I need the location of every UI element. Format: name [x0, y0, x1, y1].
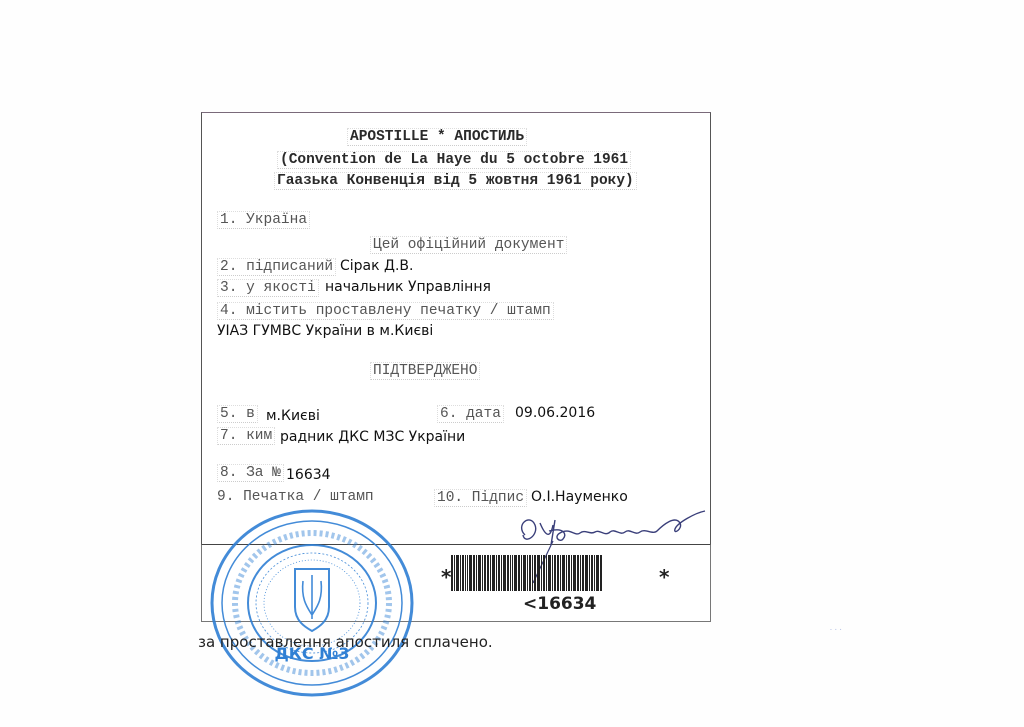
- barcode: [451, 555, 657, 591]
- certified-label: ПІДТВЕРДЖЕНО: [370, 362, 480, 380]
- apostille-title: APOSTILLE * АПОСТИЛЬ: [347, 128, 527, 146]
- barcode-start-char: *: [441, 565, 451, 589]
- convention-fr: (Convention de La Haye du 5 octobre 1961: [277, 151, 631, 169]
- capacity-value: начальник Управління: [325, 279, 491, 295]
- official-stamp-seal: ДКС №3: [207, 507, 417, 699]
- barcode-end-char: *: [659, 565, 669, 589]
- seal-label: 4. містить проставлену печатку / штамп: [217, 302, 554, 320]
- place-value: м.Києві: [266, 408, 320, 424]
- stamp-label: 9. Печатка / штамп: [217, 489, 374, 505]
- convention-ua: Гаазька Конвенція від 5 жовтня 1961 року…: [274, 172, 637, 190]
- signed-by-value: Сірак Д.В.: [340, 258, 413, 274]
- scan-specks: ˙ ˙ ˙: [830, 628, 842, 637]
- barcode-number: <16634: [523, 594, 596, 614]
- date-label: 6. дата: [437, 405, 504, 423]
- payment-note: за проставлення апостиля сплачено.: [198, 633, 493, 651]
- by-whom-label: 7. ким: [217, 427, 275, 445]
- document-page: APOSTILLE * АПОСТИЛЬ (Convention de La H…: [0, 0, 1024, 727]
- capacity-label: 3. у якості: [217, 279, 319, 297]
- document-intro: Цей офіційний документ: [370, 236, 567, 254]
- number-label: 8. За №: [217, 464, 284, 482]
- by-whom-value: радник ДКС МЗС України: [280, 429, 465, 445]
- signed-by-label: 2. підписаний: [217, 258, 336, 276]
- country-label: 1. Україна: [217, 211, 310, 229]
- place-label: 5. в: [217, 405, 258, 423]
- number-value: 16634: [286, 467, 331, 483]
- signature-value: О.І.Науменко: [531, 489, 628, 505]
- seal-value: УІАЗ ГУМВС України в м.Києві: [217, 323, 433, 339]
- date-value: 09.06.2016: [515, 405, 595, 421]
